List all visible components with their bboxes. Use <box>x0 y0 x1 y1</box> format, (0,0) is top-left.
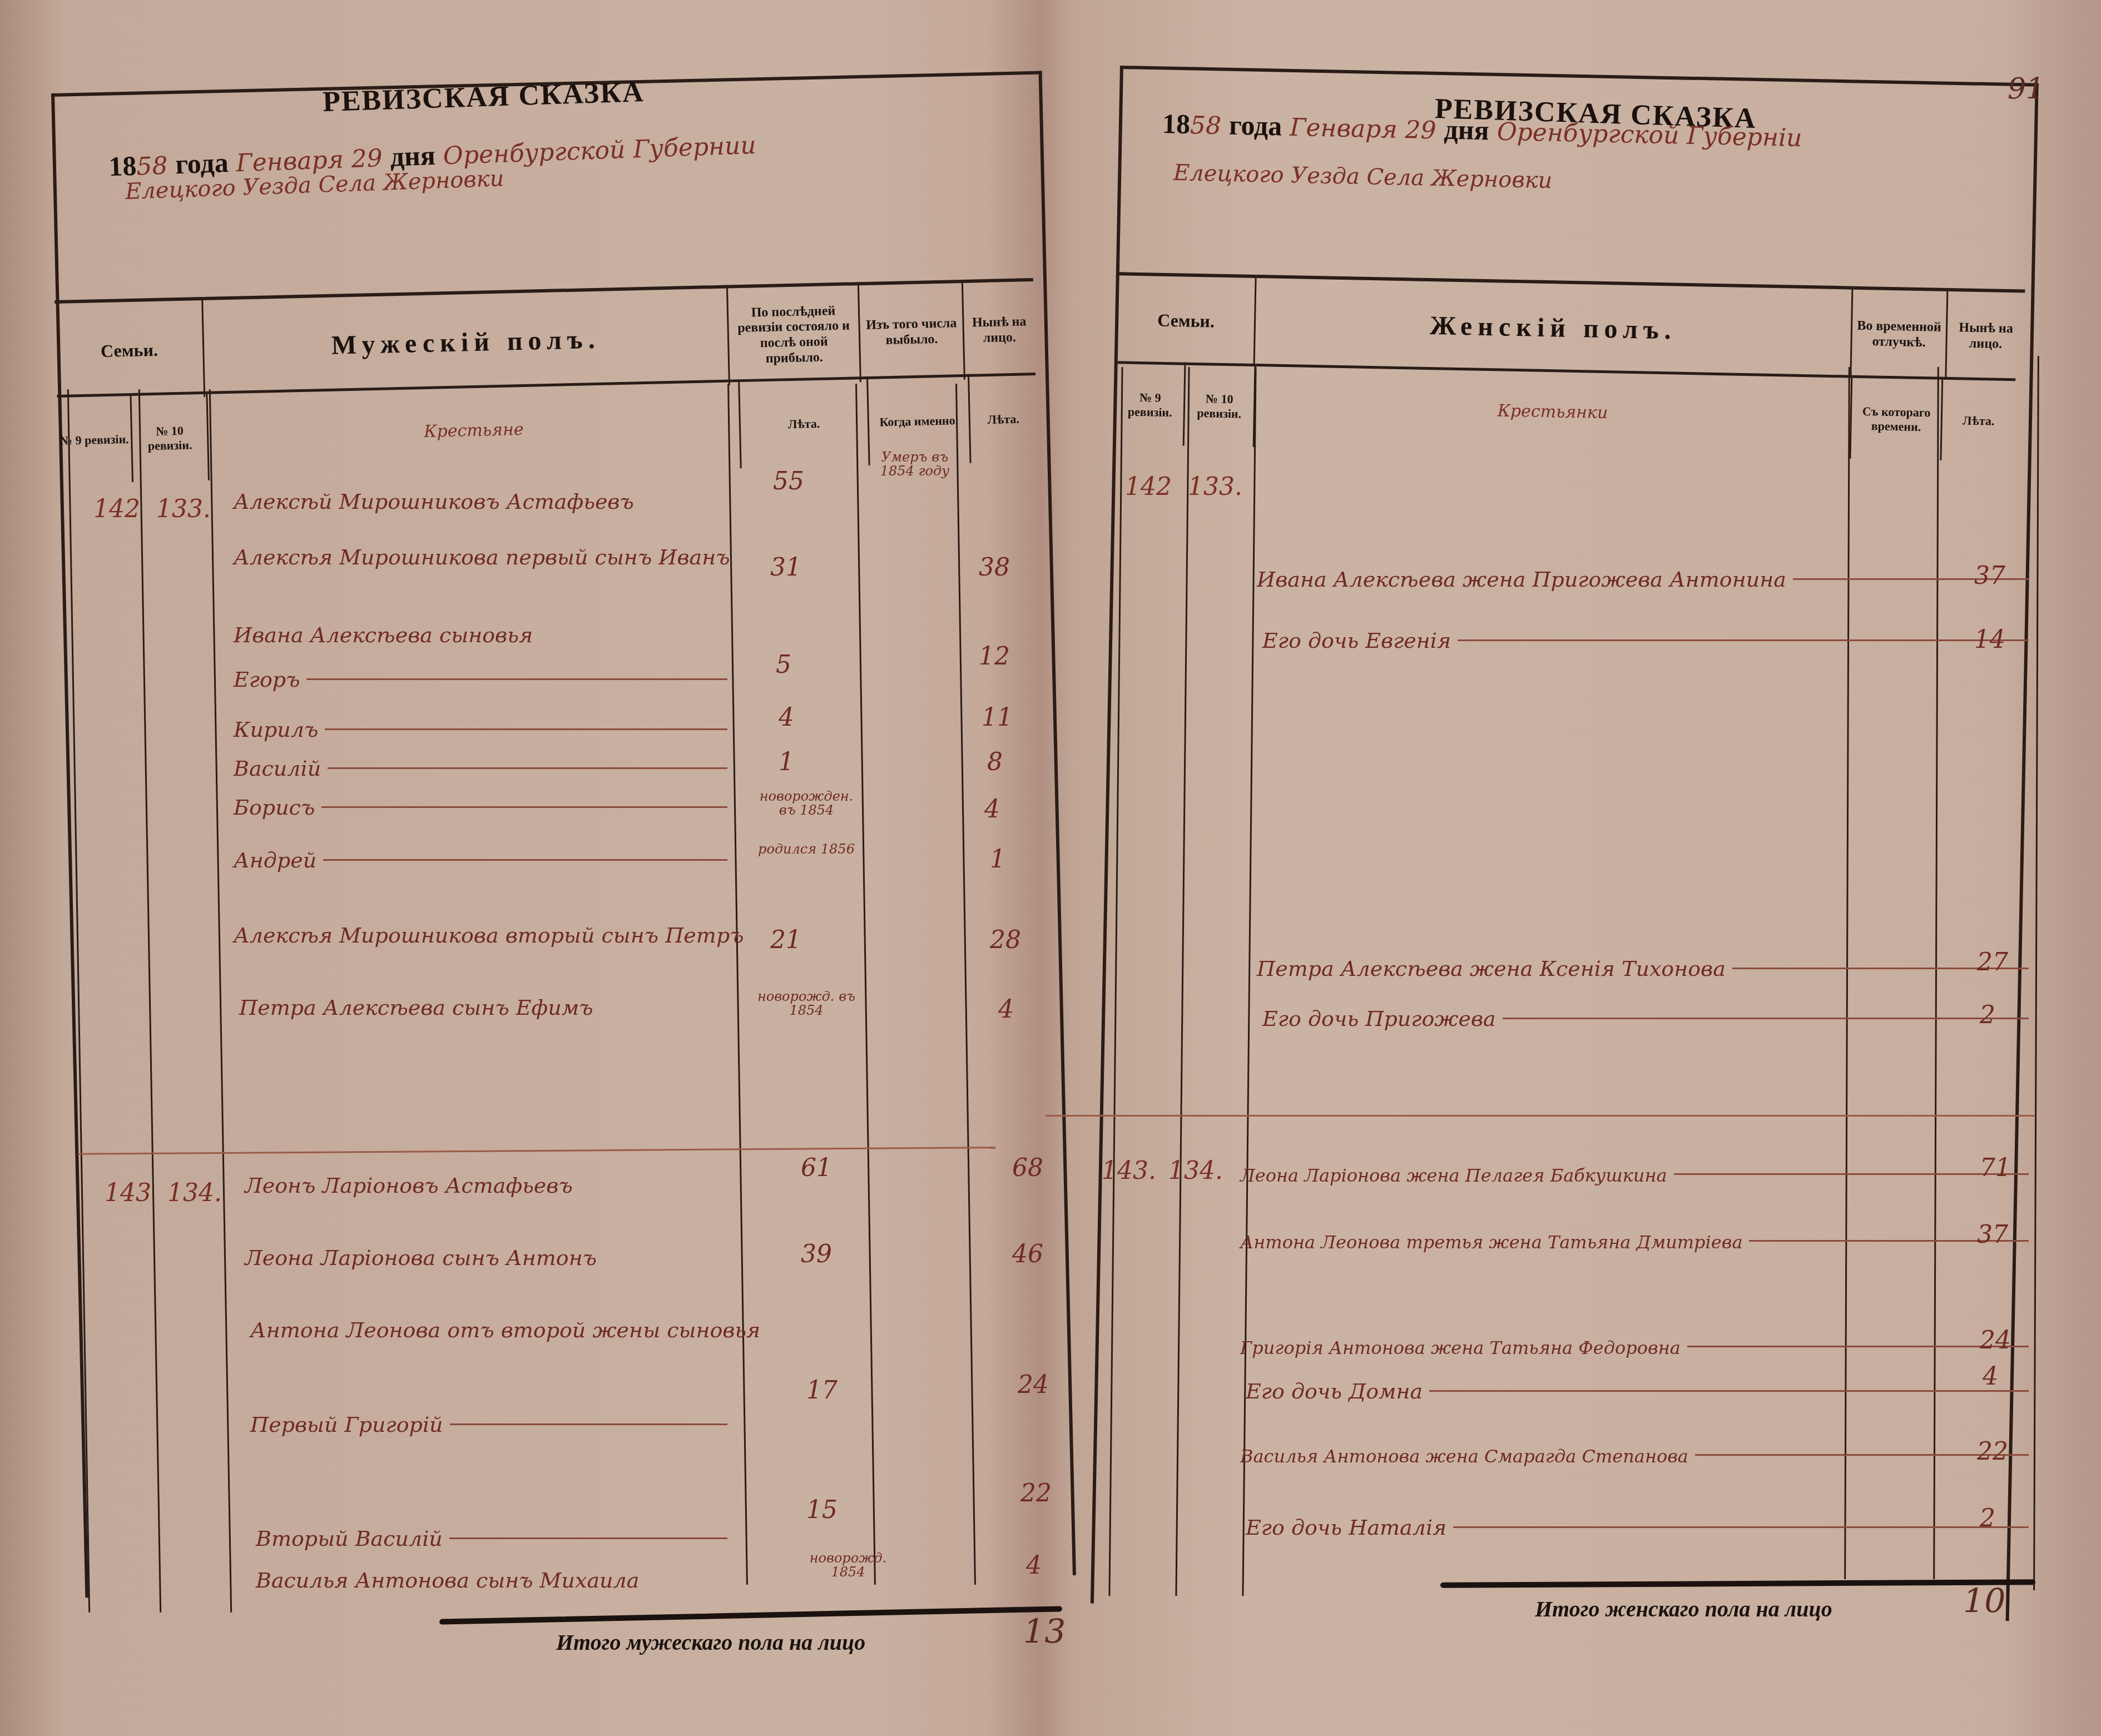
age-now: 4 <box>1026 1551 1042 1580</box>
entry-row: Борисъ <box>234 795 734 820</box>
age-now: 22 <box>1020 1479 1052 1507</box>
subcol-rev9: № 9 ревизіи. <box>1116 361 1186 445</box>
entry-row: Его дочь Домна <box>1246 1379 2035 1403</box>
entry-row: Первый Григорій <box>250 1412 734 1437</box>
year-word: года <box>175 147 229 180</box>
age-now: 1 <box>990 845 1005 874</box>
entry-row: Василій <box>234 756 734 781</box>
entry-row: Его дочь Пригожева <box>1262 1006 2035 1031</box>
age-now: 4 <box>1983 1362 1998 1391</box>
entry-row: Василья Антонова жена Смарагда Степанова <box>1240 1446 2035 1467</box>
age-prev: 15 <box>806 1496 838 1524</box>
year-prefix: 18 <box>108 150 137 182</box>
female-total-value: 10 <box>1963 1582 2005 1621</box>
entry-row: Григорія Антонова жена Татьяна Федоровна <box>1240 1337 2035 1358</box>
age-prev-note: новорожден. въ 1854 <box>756 790 856 817</box>
entry-row: Андрей <box>234 848 734 872</box>
subcol-rev10: № 10 ревизіи. <box>1185 363 1256 447</box>
year-word: года <box>1229 109 1282 141</box>
male-total-label: Итого мужескаго пола на лицо <box>556 1629 865 1655</box>
age-prev: 17 <box>806 1376 838 1405</box>
col-present: Нынѣ на лицо. <box>963 278 1035 380</box>
year-suffix: 58 <box>1190 111 1222 140</box>
age-prev-note: родился 1856 <box>756 842 856 856</box>
subcol-rev10: № 10 ревизіи. <box>131 391 210 482</box>
day-word: дня <box>390 140 436 172</box>
page-number: 91 <box>2008 72 2044 106</box>
entry-row: Василья Антонова сынъ Михаила <box>256 1568 734 1593</box>
entry-row: Его дочь Евгенія <box>1262 628 2035 653</box>
subcol-estate: Крестьянки <box>1255 364 1853 459</box>
age-now: 38 <box>979 553 1010 582</box>
age-prev: 31 <box>770 553 801 582</box>
col-temp-absence: Во временной отлучкѣ. <box>1851 286 1948 380</box>
family-separator <box>1045 1115 2035 1117</box>
col-families: Семьи. <box>54 297 205 400</box>
province-handwritten: Оренбургской Губерніи <box>1497 118 1802 152</box>
family-number: 143. 134. <box>1096 1157 1229 1185</box>
age-now: 68 <box>1012 1154 1043 1182</box>
subcol-since-when: Съ котораго времени. <box>1851 375 1943 460</box>
entry-row: Алексѣя Мирошникова первый сынъ Иванъ <box>234 545 734 569</box>
age-now: 12 <box>979 642 1010 671</box>
right-page-female: 91 РЕВИЗСКАЯ СКАЗКА 1858 года Генваря 29… <box>1051 0 2101 1736</box>
col-male-sex: Мужескій полъ. <box>204 285 730 397</box>
entry-row: Петра Алексѣева жена Ксенія Тихонова <box>1257 956 2035 981</box>
entry-row: Его дочь Наталія <box>1246 1515 2035 1540</box>
entry-row: Петра Алексѣева сынъ Ефимъ <box>239 995 734 1020</box>
age-now: 28 <box>990 926 1021 954</box>
family-number: 143 134. <box>95 1179 228 1207</box>
age-prev: 1 <box>779 748 794 776</box>
year-prefix: 18 <box>1162 108 1191 140</box>
left-page-male: РЕВИЗСКАЯ СКАЗКА 1858 года Генваря 29 дн… <box>0 0 1051 1736</box>
date-handwritten: Генваря 29 <box>1290 113 1436 145</box>
age-now: 22 <box>1977 1437 2008 1466</box>
subcol-years-now: Лѣта. <box>1941 377 2015 462</box>
subcol-years-prev: Лѣта. <box>740 376 870 468</box>
age-now: 11 <box>982 703 1013 732</box>
year-suffix: 58 <box>136 152 169 181</box>
age-now: 71 <box>1980 1154 2011 1182</box>
age-now: 24 <box>1018 1371 1049 1399</box>
age-now: 4 <box>984 795 1000 824</box>
age-now: 2 <box>1980 1001 1995 1029</box>
age-prev-note: новорожд. въ 1854 <box>756 990 856 1018</box>
age-now: 2 <box>1980 1504 1995 1532</box>
col-departed: Изъ того числа выбыло. <box>859 280 965 382</box>
age-prev: 21 <box>770 926 801 954</box>
day-word: дня <box>1444 114 1489 146</box>
entry-row: Леона Ларіонова сынъ Антонъ <box>245 1246 734 1270</box>
col-present: Нынѣ на лицо. <box>1946 288 2025 381</box>
subcol-years-now: Лѣта. <box>969 373 1038 463</box>
subcol-estate: Крестьяне <box>208 379 742 480</box>
age-prev: 61 <box>801 1154 832 1182</box>
entry-row: Антона Леонова третья жена Татьяна Дмитр… <box>1240 1232 2035 1253</box>
subcolumn-header-row: № 9 ревизіи. № 10 ревизіи. Крестьянки Съ… <box>1116 361 2030 462</box>
age-prev: 4 <box>779 703 794 732</box>
family-number: 142 133. <box>1115 473 1248 501</box>
open-register-book: РЕВИЗСКАЯ СКАЗКА 1858 года Генваря 29 дн… <box>0 0 2101 1736</box>
entry-row: Кирилъ <box>234 717 734 742</box>
departed-note: Умеръ въ 1854 году <box>865 450 965 478</box>
age-now: 14 <box>1974 626 2005 654</box>
entry-row: Алексѣй Мирошниковъ Астафьевъ <box>234 489 734 514</box>
entry-row: Егоръ <box>234 667 734 692</box>
entry-row: Леонъ Ларіоновъ Астафьевъ <box>245 1173 734 1198</box>
age-prev: 55 <box>773 467 804 495</box>
total-rule <box>439 1606 1062 1624</box>
age-prev-note: новорожд. 1854 <box>806 1551 890 1579</box>
age-prev: 5 <box>776 651 791 679</box>
age-now: 27 <box>1977 948 2008 976</box>
age-now: 37 <box>1974 562 2005 590</box>
entry-row: Алексѣя Мирошникова вторый сынъ Петръ <box>234 923 734 948</box>
age-now: 46 <box>1012 1240 1043 1268</box>
col-families: Семьи. <box>1117 272 1257 366</box>
entry-row: Вторый Василій <box>256 1526 734 1551</box>
entry-row: Ивана Алексѣева жена Пригожева Антонина <box>1257 567 2035 592</box>
age-now: 4 <box>998 995 1014 1024</box>
entry-row: Антона Леонова отъ второй жены сыновья <box>250 1318 734 1342</box>
age-now: 8 <box>987 748 1003 776</box>
age-prev: 39 <box>801 1240 832 1268</box>
family-number: 142 133. <box>83 495 217 523</box>
age-now: 37 <box>1977 1221 2008 1249</box>
col-female-sex: Женскій полъ. <box>1255 275 1854 378</box>
entry-row: Леона Ларіонова жена Пелагея Бабкушкина <box>1240 1165 2035 1186</box>
female-total-label: Итого женскаго пола на лицо <box>1535 1596 1832 1622</box>
col-prev-revision: По послѣдней ревизіи состояло и послѣ он… <box>728 282 861 385</box>
entry-row: Ивана Алексѣева сыновья <box>234 623 734 647</box>
age-now: 24 <box>1980 1326 2011 1355</box>
